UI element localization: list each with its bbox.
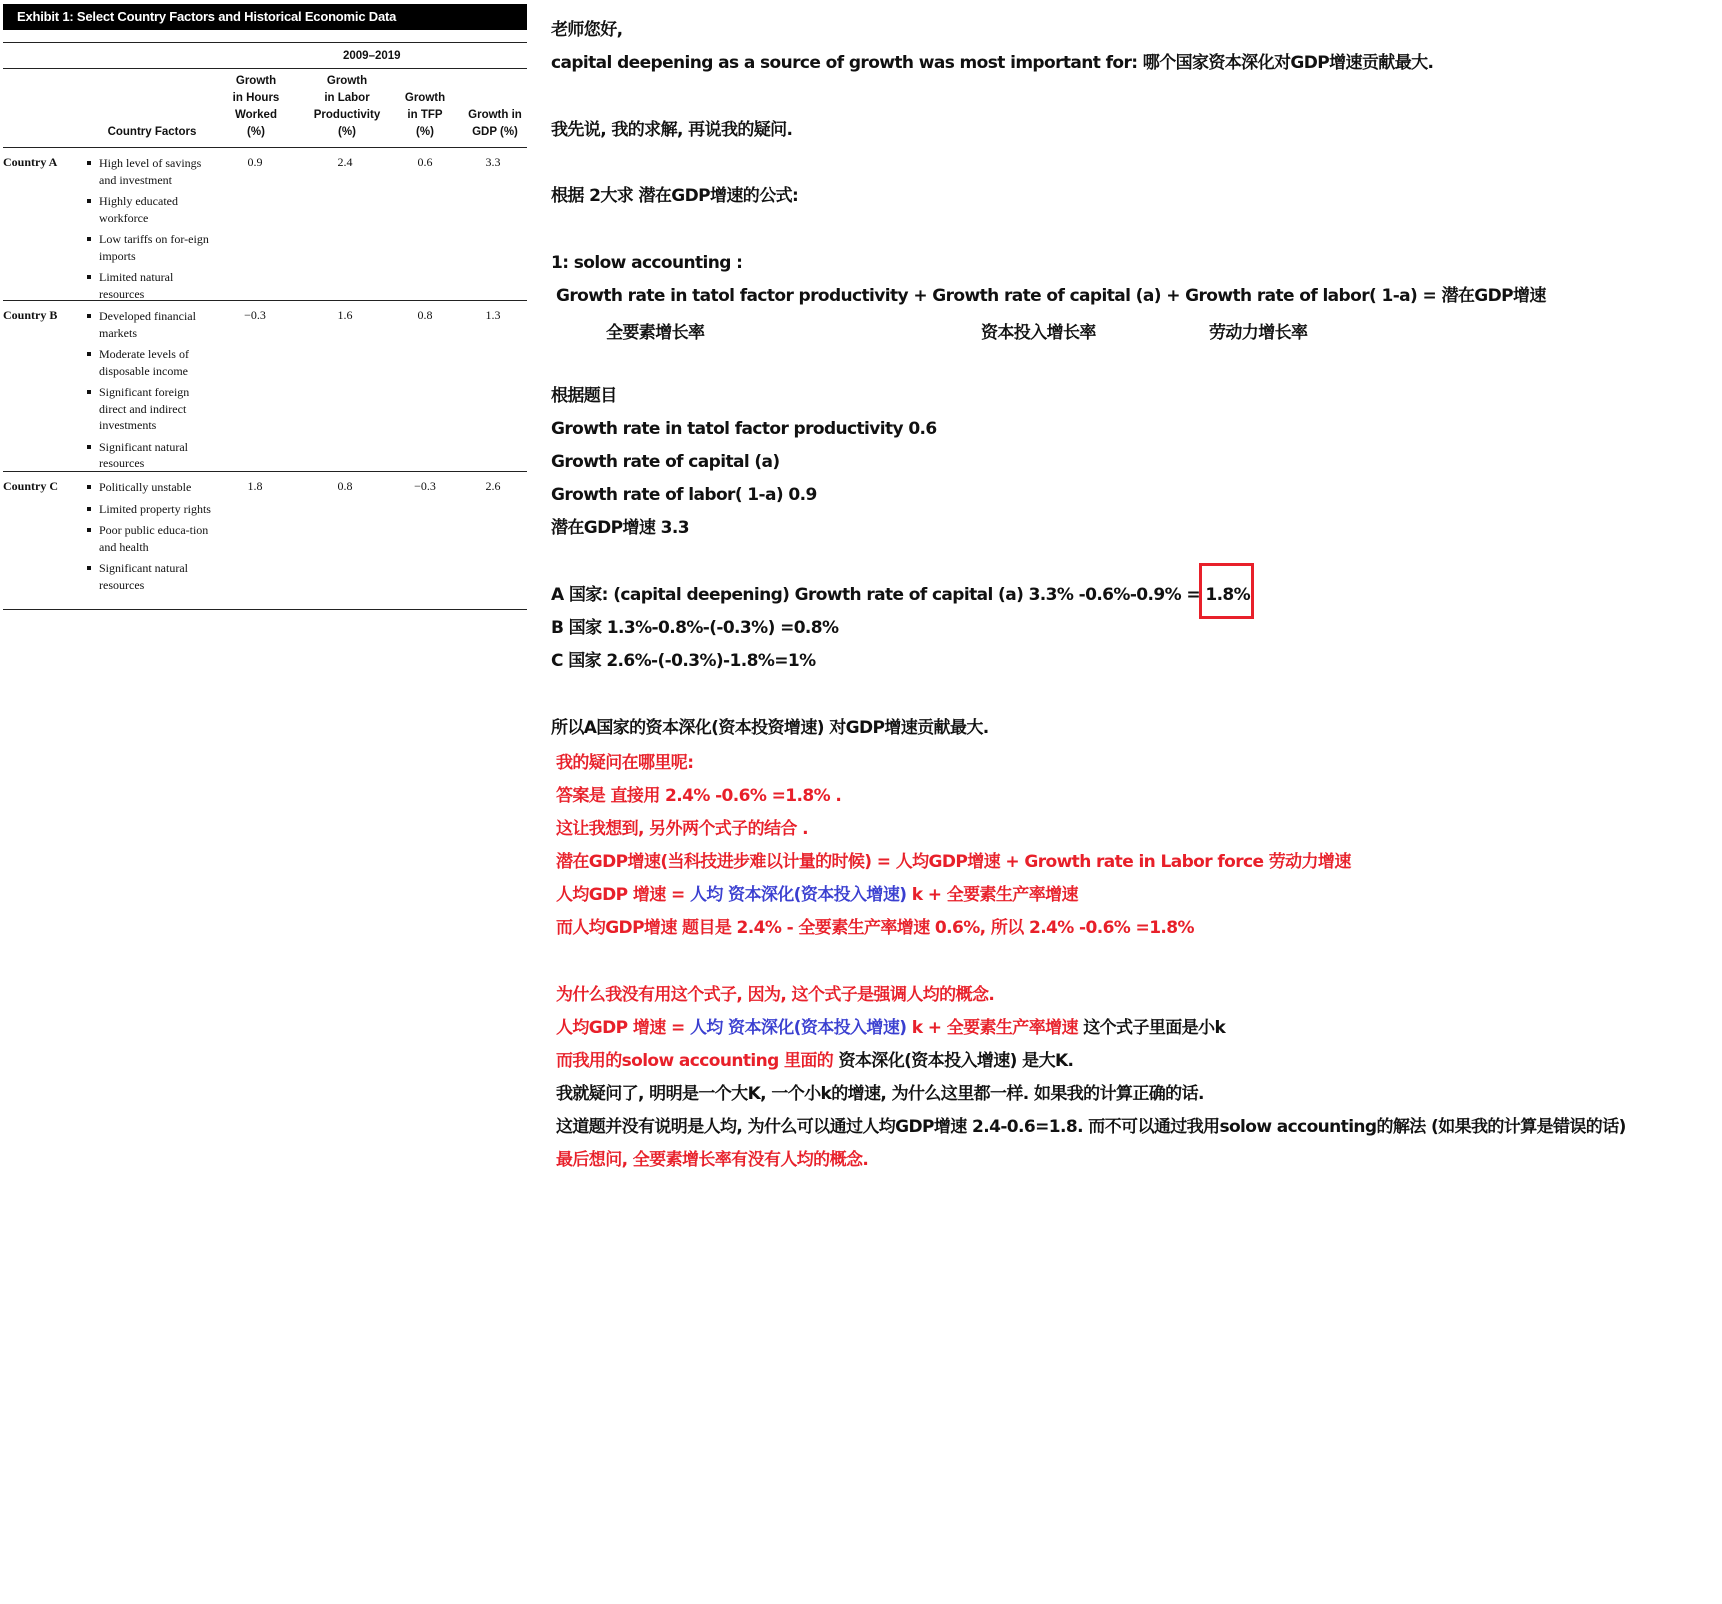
list-item: Significant natural resources xyxy=(85,439,215,472)
labor-value: 2.4 xyxy=(328,155,362,170)
list-item: Moderate levels of disposable income xyxy=(85,346,215,379)
list-item: Significant foreign direct and indirect … xyxy=(85,384,215,434)
list-item: Developed financial markets xyxy=(85,308,215,341)
given-item: 潜在GDP增速 3.3 xyxy=(551,517,689,539)
equation-per-capita-small-k: 人均GDP 增速 = 人均 资本深化(资本投入增速) k + 全要素生产率增速 … xyxy=(556,1017,1225,1039)
formula-label-capital: 资本投入增长率 xyxy=(981,318,1096,343)
list-item: High level of savings and investment xyxy=(85,155,215,188)
solow-big-k-note: 而我用的solow accounting 里面的 资本深化(资本投入增速) 是大… xyxy=(556,1050,1073,1072)
final-question: 最后想问, 全要素增长率有没有人均的概念. xyxy=(556,1149,868,1171)
greeting: 老师您好, xyxy=(551,19,622,41)
highlight-box xyxy=(1199,563,1254,619)
gdp-value: 3.3 xyxy=(476,155,510,170)
solow-heading: 1: solow accounting : xyxy=(551,252,742,274)
question-text: capital deepening as a source of growth … xyxy=(551,52,1433,74)
labor-value: 1.6 xyxy=(328,308,362,323)
country-factors-list: Politically unstable Limited property ri… xyxy=(85,472,215,593)
table-row: Country C Politically unstable Limited p… xyxy=(3,472,527,609)
answer-text: 答案是 直接用 2.4% -0.6% =1.8% . xyxy=(556,785,841,807)
given-item: Growth rate in tatol factor productivity… xyxy=(551,418,937,440)
country-factors-list: High level of savings and investment Hig… xyxy=(85,148,215,302)
solow-formula: Growth rate in tatol factor productivity… xyxy=(556,285,1546,307)
given-heading: 根据题目 xyxy=(551,385,617,407)
country-name: Country C xyxy=(3,479,58,494)
list-item: Limited natural resources xyxy=(85,269,215,302)
hours-value: −0.3 xyxy=(238,308,272,323)
hours-value: 0.9 xyxy=(238,155,272,170)
list-item: Highly educated workforce xyxy=(85,193,215,226)
hours-value: 1.8 xyxy=(238,479,272,494)
why-text: 为什么我没有用这个式子, 因为, 这个式子是强调人均的概念. xyxy=(556,984,994,1006)
calc-country-a: A 国家: (capital deepening) Growth rate of… xyxy=(551,584,1250,606)
thought-text: 这让我想到, 另外两个式子的结合 . xyxy=(556,818,808,840)
divider xyxy=(3,609,527,610)
conclusion: 所以A国家的资本深化(资本投资增速) 对GDP增速贡献最大. xyxy=(551,717,989,739)
tfp-value: 0.8 xyxy=(408,308,442,323)
list-item: Limited property rights xyxy=(85,501,215,518)
calc-country-c: C 国家 2.6%-(-0.3%)-1.8%=1% xyxy=(551,650,816,672)
col-hours-worked: Growthin HoursWorked(%) xyxy=(227,73,285,141)
equation-potential-gdp: 潜在GDP增速(当科技进步难以计量的时候) = 人均GDP增速 + Growth… xyxy=(556,851,1351,873)
tfp-value: −0.3 xyxy=(408,479,442,494)
equation-calc: 而人均GDP增速 题目是 2.4% - 全要素生产率增速 0.6%, 所以 2.… xyxy=(556,917,1194,939)
col-tfp: Growthin TFP(%) xyxy=(401,90,449,141)
calc-country-b: B 国家 1.3%-0.8%-(-0.3%) =0.8% xyxy=(551,617,838,639)
col-labor-productivity: Growthin LaborProductivity(%) xyxy=(300,73,394,141)
second-question: 这道题并没有说明是人均, 为什么可以通过人均GDP增速 2.4-0.6=1.8.… xyxy=(556,1116,1626,1138)
formula-heading: 根据 2大求 潜在GDP增速的公式: xyxy=(551,185,798,207)
list-item: Significant natural resources xyxy=(85,560,215,593)
intro-text: 我先说, 我的求解, 再说我的疑问. xyxy=(551,119,792,141)
equation-per-capita: 人均GDP 增速 = 人均 资本深化(资本投入增速) k + 全要素生产率增速 xyxy=(556,884,1078,906)
exhibit-table: Exhibit 1: Select Country Factors and Hi… xyxy=(3,4,527,610)
list-item: Low tariffs on for-eign imports xyxy=(85,231,215,264)
doubt-heading: 我的疑问在哪里呢: xyxy=(556,752,693,774)
tfp-value: 0.6 xyxy=(408,155,442,170)
formula-label-labor: 劳动力增长率 xyxy=(1209,318,1307,343)
gdp-value: 1.3 xyxy=(476,308,510,323)
col-country-factors: Country Factors xyxy=(100,124,204,141)
gdp-value: 2.6 xyxy=(476,479,510,494)
country-name: Country A xyxy=(3,155,57,170)
confusion-text: 我就疑问了, 明明是一个大K, 一个小k的增速, 为什么这里都一样. 如果我的计… xyxy=(556,1083,1204,1105)
period-header: 2009–2019 xyxy=(3,43,527,68)
table-row: Country A High level of savings and inve… xyxy=(3,148,527,300)
list-item: Poor public educa-tion and health xyxy=(85,522,215,555)
country-name: Country B xyxy=(3,308,57,323)
labor-value: 0.8 xyxy=(328,479,362,494)
given-item: Growth rate of capital (a) xyxy=(551,451,780,473)
table-header: Country Factors Growthin HoursWorked(%) … xyxy=(3,69,527,147)
col-gdp: Growth inGDP (%) xyxy=(462,107,528,141)
formula-label-tfp: 全要素增长率 xyxy=(606,318,704,343)
list-item: Politically unstable xyxy=(85,479,215,496)
given-item: Growth rate of labor( 1-a) 0.9 xyxy=(551,484,817,506)
table-row: Country B Developed financial markets Mo… xyxy=(3,301,527,471)
exhibit-title: Exhibit 1: Select Country Factors and Hi… xyxy=(3,4,527,30)
country-factors-list: Developed financial markets Moderate lev… xyxy=(85,301,215,472)
